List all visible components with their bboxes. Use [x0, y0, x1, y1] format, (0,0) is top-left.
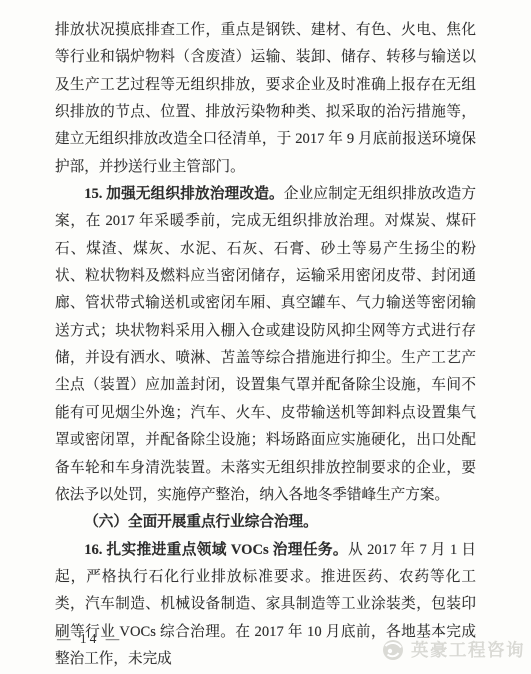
watermark: 英豪工程咨询: [382, 637, 525, 662]
paragraph-lead-bold: 16. 扎实推进重点领域 VOCs 治理任务。: [84, 542, 348, 558]
page-number: — 14 —: [57, 631, 122, 647]
paragraph-lead-bold: （六）全面开展重点行业综合治理。: [84, 514, 318, 530]
paragraph: 排放状况摸底排查工作，重点是钢铁、建材、有色、火电、焦化等行业和锅炉物料（含废渣…: [55, 17, 476, 181]
document-body: 排放状况摸底排查工作，重点是钢铁、建材、有色、火电、焦化等行业和锅炉物料（含废渣…: [55, 17, 476, 673]
paragraph: 15. 加强无组织排放治理改造。企业应制定无组织排放改造方案，在 2017 年采…: [55, 181, 476, 509]
document-page: 排放状况摸底排查工作，重点是钢铁、建材、有色、火电、焦化等行业和锅炉物料（含废渣…: [0, 0, 531, 674]
paragraph-text: 排放状况摸底排查工作，重点是钢铁、建材、有色、火电、焦化等行业和锅炉物料（含废渣…: [55, 22, 476, 175]
paragraph-lead-bold: 15. 加强无组织排放治理改造。: [84, 186, 284, 202]
paragraph-text: 企业应制定无组织排放改造方案，在 2017 年采暖季前，完成无组织排放治理。对煤…: [55, 186, 476, 503]
watermark-text: 英豪工程咨询: [411, 637, 525, 662]
globe-swirl-icon: [382, 639, 404, 661]
paragraph: （六）全面开展重点行业综合治理。: [55, 509, 476, 536]
